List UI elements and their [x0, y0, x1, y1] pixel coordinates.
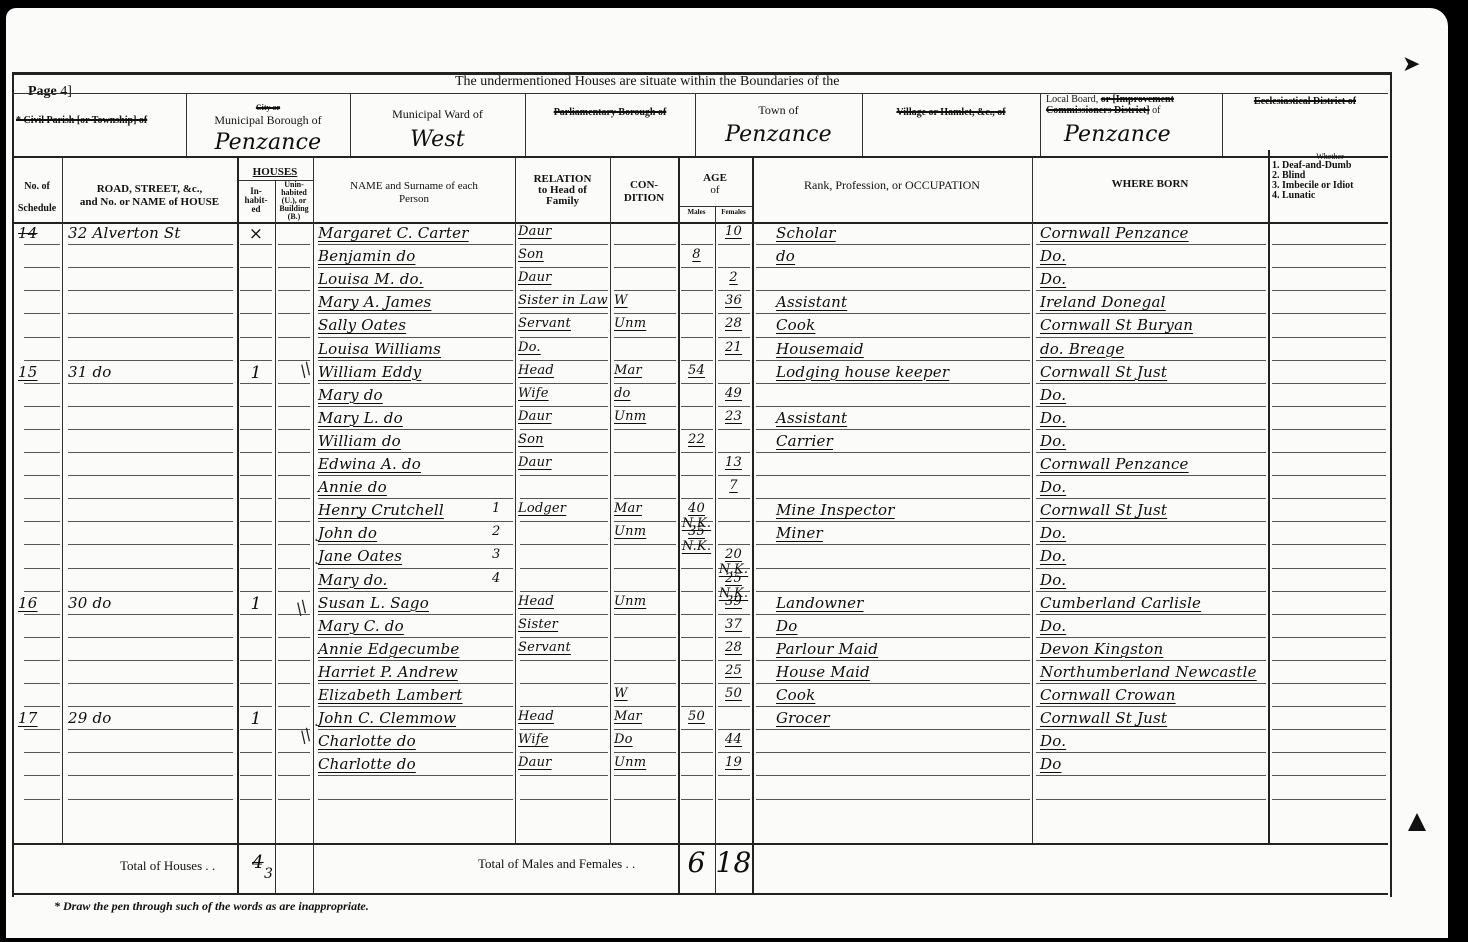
col-header-condition: CON- DITION [610, 179, 678, 205]
cell-condition [614, 802, 676, 823]
row-rule [1272, 244, 1386, 245]
row-rule [278, 568, 310, 569]
cell-name: William do [318, 432, 493, 453]
row-rule [278, 475, 310, 476]
cell-male-age: 40 N.K. [678, 501, 715, 522]
row-rule [278, 452, 310, 453]
cell-road [68, 663, 233, 684]
table-row: Charlotte do Daur Unm 19 Do [0, 754, 1468, 775]
cell-relation [518, 802, 608, 823]
cell-name: Harriet P. Andrew [318, 663, 493, 684]
col-header-houses: HOUSES [237, 166, 313, 178]
cell-lodger-marker [492, 732, 512, 753]
table-row: Benjamin do Son 8 do Do. [0, 246, 1468, 267]
cell-where-born: Do. [1040, 478, 1266, 499]
row-rule [1272, 429, 1386, 430]
row-rule [1272, 568, 1386, 569]
boundary-ward-value: West [350, 127, 525, 152]
cell-inhabited [237, 293, 275, 314]
cell-schedule: 17 [18, 709, 62, 730]
cell-female-age: 10 [715, 224, 752, 245]
cell-female-age: 28 [715, 640, 752, 661]
cell-female-age: 13 [715, 455, 752, 476]
row-rule [1272, 614, 1386, 615]
row-rule [278, 660, 310, 661]
cell-male-age [678, 478, 715, 499]
age-line: of [678, 184, 752, 196]
col-header-road-1: ROAD, STREET, &c., [62, 183, 237, 195]
cell-male-age [678, 732, 715, 753]
cell-schedule [18, 409, 62, 430]
cell-inhabited [237, 432, 275, 453]
row-rule [278, 406, 310, 407]
table-row: Edwina A. do Daur 13 Cornwall Penzance [0, 454, 1468, 475]
col-header-schedule-2: Schedule [12, 204, 62, 214]
cell-road [68, 617, 233, 638]
cell-female-age: 7 [715, 478, 752, 499]
cell-where-born: Do. [1040, 432, 1266, 453]
cell-name: Edwina A. do [318, 455, 493, 476]
cell-relation: Head [518, 363, 608, 384]
relation-line: Family [515, 196, 610, 207]
table-row: Jane Oates 3 20 N.K. Do. [0, 546, 1468, 567]
cell-condition: Mar [614, 709, 676, 730]
cell-schedule [18, 455, 62, 476]
cell-female-age: 2 [715, 270, 752, 291]
row-rule [278, 706, 310, 707]
boundary-borough-value: Penzance [186, 130, 350, 155]
cell-inhabited: 1 [237, 709, 275, 730]
cell-female-age [715, 802, 752, 823]
row-rule [278, 521, 310, 522]
cell-inhabited [237, 686, 275, 707]
boundary-town-value: Penzance [695, 122, 862, 147]
cell-relation [518, 524, 608, 545]
cell-lodger-marker [492, 617, 512, 638]
row-rule [1272, 406, 1386, 407]
cell-lodger-marker: 2 [492, 524, 512, 545]
cell-schedule [18, 686, 62, 707]
cell-name: Jane Oates [318, 547, 493, 568]
cell-occupation: Landowner [776, 594, 1026, 615]
cell-schedule [18, 755, 62, 776]
boundary-local-board-label: Local Board, or [Improvement Commissione… [1046, 94, 1216, 116]
cell-relation: Lodger [518, 501, 608, 522]
table-row: Mary do Wife do 49 Do. [0, 385, 1468, 406]
cell-name: Mary C. do [318, 617, 493, 638]
cell-where-born: Cornwall St Just [1040, 709, 1266, 730]
cell-where-born: Northumberland Newcastle [1040, 663, 1266, 684]
cell-occupation [776, 571, 1026, 592]
cell-male-age: 35 N.K. [678, 524, 715, 545]
cell-name: Mary L. do [318, 409, 493, 430]
condition-line: DITION [610, 192, 678, 205]
col-header-males: Males [678, 208, 715, 216]
cell-condition [614, 640, 676, 661]
cell-lodger-marker [492, 455, 512, 476]
table-row: Mary L. do Daur Unm 23 Assistant Do. [0, 408, 1468, 429]
cell-relation: Daur [518, 270, 608, 291]
total-males-value: 6 [678, 846, 715, 879]
cell-inhabited [237, 617, 275, 638]
cell-name: Charlotte do [318, 732, 493, 753]
cell-female-age: 44 [715, 732, 752, 753]
table-row: Louisa M. do. Daur 2 Do. [0, 269, 1468, 290]
row-rule [1272, 544, 1386, 545]
cell-lodger-marker [492, 594, 512, 615]
cell-lodger-marker: 4 [492, 571, 512, 592]
boundary-ward-label: Municipal Ward of [350, 107, 525, 122]
cell-lodger-marker [492, 386, 512, 407]
cell-male-age [678, 340, 715, 361]
cell-occupation [776, 755, 1026, 776]
cell-where-born [1040, 778, 1266, 799]
divider [862, 93, 863, 156]
cell-lodger-marker [492, 778, 512, 799]
cell-name: Benjamin do [318, 247, 493, 268]
table-row: Sally Oates Servant Unm 28 Cook Cornwall… [0, 315, 1468, 336]
cell-condition [614, 478, 676, 499]
cell-relation: Head [518, 594, 608, 615]
page-title: The undermentioned Houses are situate wi… [455, 74, 840, 90]
boundary-borough-label: Municipal Borough of [186, 113, 350, 128]
cell-male-age [678, 802, 715, 823]
row-rule [1272, 683, 1386, 684]
cell-occupation: Assistant [776, 409, 1026, 430]
row-rule [1272, 660, 1386, 661]
cell-relation: Wife [518, 732, 608, 753]
cell-schedule [18, 663, 62, 684]
cell-relation: Head [518, 709, 608, 730]
cell-where-born: Do. [1040, 547, 1266, 568]
cell-where-born: Do. [1040, 270, 1266, 291]
cell-lodger-marker [492, 478, 512, 499]
cell-male-age [678, 571, 715, 592]
row-rule [278, 799, 310, 800]
cell-female-age: 36 [715, 293, 752, 314]
cell-condition [614, 778, 676, 799]
cell-inhabited [237, 640, 275, 661]
boundary-village-label: Village or Hamlet, &c., of [862, 108, 1040, 118]
row-rule [1272, 383, 1386, 384]
cell-female-age [715, 524, 752, 545]
table-row: Annie Edgecumbe Servant 28 Parlour Maid … [0, 639, 1468, 660]
cell-name: William Eddy [318, 363, 493, 384]
cell-relation [518, 778, 608, 799]
table-row: 14 32 Alverton St × Margaret C. Carter D… [0, 223, 1468, 244]
table-row: Mary A. James Sister in Law W 36 Assista… [0, 292, 1468, 313]
cell-relation: Do. [518, 340, 608, 361]
cell-relation: Daur [518, 409, 608, 430]
cell-name [318, 802, 493, 823]
row-rule [278, 683, 310, 684]
cell-name: Louisa M. do. [318, 270, 493, 291]
cell-relation: Servant [518, 640, 608, 661]
cell-where-born: do. Breage [1040, 340, 1266, 361]
table-row: 15 31 do 1 William Eddy Head Mar 54 Lodg… [0, 362, 1468, 383]
cell-male-age: 50 [678, 709, 715, 730]
cell-road [68, 293, 233, 314]
cell-occupation: Scholar [776, 224, 1026, 245]
cell-where-born: Cumberland Carlisle [1040, 594, 1266, 615]
row-rule [1272, 267, 1386, 268]
cell-male-age [678, 640, 715, 661]
total-houses-struck-value: 4 [252, 852, 264, 873]
row-rule [1272, 799, 1386, 800]
col-header-females: Females [715, 208, 752, 216]
cell-condition [614, 571, 676, 592]
cell-inhabited [237, 455, 275, 476]
cell-schedule: 15 [18, 363, 62, 384]
cell-road [68, 316, 233, 337]
cell-schedule [18, 478, 62, 499]
cell-road [68, 478, 233, 499]
cell-lodger-marker [492, 363, 512, 384]
cell-inhabited [237, 247, 275, 268]
col-header-schedule-1: No. of [12, 182, 62, 192]
cell-schedule [18, 270, 62, 291]
cell-female-age [715, 778, 752, 799]
cell-inhabited: 1 [237, 363, 275, 384]
cell-female-age: 23 [715, 409, 752, 430]
cell-where-born: Cornwall St Just [1040, 501, 1266, 522]
cell-inhabited [237, 478, 275, 499]
cell-condition [614, 663, 676, 684]
cell-occupation: do [776, 247, 1026, 268]
col-header-inhabited: In- habit- ed [237, 187, 275, 214]
cell-name: Louisa Williams [318, 340, 493, 361]
cell-road [68, 270, 233, 291]
cell-schedule [18, 501, 62, 522]
boundary-parliamentary-label: Parliamentary Borough of [525, 108, 695, 118]
row-rule [278, 752, 310, 753]
age-line: AGE [678, 172, 752, 184]
row-rule [1272, 706, 1386, 707]
cell-name: Mary do. [318, 571, 493, 592]
table-row: 17 29 do 1 John C. Clemmow Head Mar 50 G… [0, 708, 1468, 729]
cell-name: Margaret C. Carter [318, 224, 493, 245]
cell-relation: Sister [518, 617, 608, 638]
cell-lodger-marker [492, 270, 512, 291]
cell-lodger-marker: 3 [492, 547, 512, 568]
cell-condition: Unm [614, 316, 676, 337]
cell-lodger-marker [492, 640, 512, 661]
row-rule [278, 637, 310, 638]
cell-name: Henry Crutchell [318, 501, 493, 522]
cell-road [68, 340, 233, 361]
cell-name [318, 778, 493, 799]
cell-where-born: Do. [1040, 409, 1266, 430]
cell-schedule [18, 802, 62, 823]
col-header-name-1: NAME and Surname of each [313, 180, 515, 192]
inhabited-line: ed [237, 205, 275, 214]
cell-lodger-marker [492, 802, 512, 823]
row-rule [1272, 591, 1386, 592]
cell-lodger-marker: 1 [492, 501, 512, 522]
row-rule [278, 383, 310, 384]
cell-lodger-marker [492, 755, 512, 776]
divider [525, 93, 526, 156]
table-row: Harriet P. Andrew 25 House Maid Northumb… [0, 662, 1468, 683]
cell-road: 32 Alverton St [68, 224, 233, 245]
cell-road: 30 do [68, 594, 233, 615]
cell-occupation: Lodging house keeper [776, 363, 1026, 384]
cell-female-age: 49 [715, 386, 752, 407]
cell-road [68, 732, 233, 753]
cell-where-born: Do. [1040, 617, 1266, 638]
cell-where-born: Do. [1040, 524, 1266, 545]
cell-female-age: 25 [715, 663, 752, 684]
cell-inhabited [237, 409, 275, 430]
row-rule [1272, 637, 1386, 638]
cell-male-age [678, 270, 715, 291]
cell-lodger-marker [492, 247, 512, 268]
row-rule [1272, 475, 1386, 476]
table-row: Annie do 7 Do. [0, 477, 1468, 498]
cell-relation: Son [518, 432, 608, 453]
cell-condition: do [614, 386, 676, 407]
cell-inhabited [237, 501, 275, 522]
cell-occupation: Grocer [776, 709, 1026, 730]
cell-condition [614, 547, 676, 568]
cell-relation [518, 663, 608, 684]
table-row: William do Son 22 Carrier Do. [0, 431, 1468, 452]
row-rule [278, 337, 310, 338]
table-row: Mary C. do Sister 37 Do Do. [0, 616, 1468, 637]
divider [1040, 93, 1041, 156]
cell-road [68, 501, 233, 522]
row-rule [278, 267, 310, 268]
col-header-where-born: WHERE BORN [1032, 178, 1268, 190]
cell-inhabited [237, 663, 275, 684]
col-header-infirmity: Whether 1. Deaf-and-Dumb 2. Blind 3. Imb… [1272, 152, 1388, 201]
cell-inhabited [237, 755, 275, 776]
cell-where-born: Do. [1040, 386, 1266, 407]
cell-lodger-marker [492, 432, 512, 453]
col-header-road-2: and No. or NAME of HOUSE [62, 196, 237, 208]
cell-occupation [776, 478, 1026, 499]
cell-female-age: 28 [715, 316, 752, 337]
cell-lodger-marker [492, 224, 512, 245]
cell-schedule [18, 571, 62, 592]
cell-condition [614, 340, 676, 361]
boundary-civil-parish-label: * Civil Parish [or Township] of [16, 116, 147, 126]
cell-male-age [678, 617, 715, 638]
cell-occupation [776, 455, 1026, 476]
cell-road [68, 547, 233, 568]
row-rule [1272, 290, 1386, 291]
cell-inhabited [237, 571, 275, 592]
cell-occupation [776, 802, 1026, 823]
cell-lodger-marker [492, 293, 512, 314]
cell-where-born: Cornwall St Just [1040, 363, 1266, 384]
cell-occupation: Do [776, 617, 1026, 638]
cell-condition: Unm [614, 409, 676, 430]
cell-inhabited [237, 547, 275, 568]
cell-name: Susan L. Sago [318, 594, 493, 615]
cell-condition [614, 224, 676, 245]
infirmity-line: 4. Lunatic [1272, 191, 1388, 201]
col-header-relation: RELATION to Head of Family [515, 174, 610, 207]
cell-condition [614, 432, 676, 453]
page-bracket: ] [67, 84, 72, 99]
local-board-prefix: Local Board, [1046, 94, 1098, 105]
table-row: John do 2 Unm 35 N.K. Miner Do. [0, 523, 1468, 544]
col-header-occupation: Rank, Profession, or OCCUPATION [752, 178, 1032, 193]
cell-relation: Wife [518, 386, 608, 407]
cell-relation [518, 571, 608, 592]
row-rule [278, 591, 310, 592]
row-rule [1272, 729, 1386, 730]
table-row: Louisa Williams Do. 21 Housemaid do. Bre… [0, 339, 1468, 360]
cell-occupation [776, 547, 1026, 568]
cell-female-age: 25 N.K. [715, 571, 752, 592]
row-rule [278, 544, 310, 545]
local-board-suffix: of [1152, 105, 1160, 116]
cell-relation: Daur [518, 755, 608, 776]
cell-male-age [678, 293, 715, 314]
col-header-name-2: Person [313, 193, 515, 205]
cell-occupation: Housemaid [776, 340, 1026, 361]
cell-male-age: 22 [678, 432, 715, 453]
cell-occupation: Assistant [776, 293, 1026, 314]
row-rule [1272, 498, 1386, 499]
cell-condition [614, 270, 676, 291]
cell-where-born: Do [1040, 755, 1266, 776]
cell-female-age [715, 363, 752, 384]
cell-road [68, 432, 233, 453]
cell-occupation: Carrier [776, 432, 1026, 453]
cell-schedule [18, 524, 62, 545]
cell-lodger-marker [492, 340, 512, 361]
cell-condition: Unm [614, 524, 676, 545]
row-rule [1272, 452, 1386, 453]
cell-where-born: Cornwall Crowan [1040, 686, 1266, 707]
cell-schedule [18, 640, 62, 661]
cell-female-age: 21 [715, 340, 752, 361]
cell-name: John do [318, 524, 493, 545]
cell-female-age [715, 709, 752, 730]
cell-road [68, 386, 233, 407]
cell-schedule [18, 340, 62, 361]
cell-relation: Sister in Law [518, 293, 608, 314]
cell-relation: Daur [518, 224, 608, 245]
uninhabited-line: (B.) [275, 213, 313, 221]
cell-inhabited: 1 [237, 594, 275, 615]
table-row: Henry Crutchell 1 Lodger Mar 40 N.K. Min… [0, 500, 1468, 521]
cell-condition: Unm [614, 594, 676, 615]
cell-male-age [678, 663, 715, 684]
col-header-uninhabited: Unin- habited (U.), or Building (B.) [275, 181, 313, 221]
cell-where-born: Cornwall Penzance [1040, 455, 1266, 476]
cell-occupation [776, 732, 1026, 753]
row-rule [278, 313, 310, 314]
cell-female-age: 19 [715, 755, 752, 776]
cell-female-age: 20 N.K. [715, 547, 752, 568]
cell-occupation [776, 270, 1026, 291]
cell-lodger-marker [492, 316, 512, 337]
table-row [0, 777, 1468, 798]
row-rule [1272, 521, 1386, 522]
cell-where-born: Do. [1040, 247, 1266, 268]
boundary-local-board-value: Penzance [1064, 122, 1171, 147]
cell-relation: Son [518, 247, 608, 268]
cell-male-age [678, 594, 715, 615]
cell-lodger-marker [492, 663, 512, 684]
cell-schedule [18, 247, 62, 268]
total-persons-label: Total of Males and Females . . [478, 856, 635, 872]
table-row: Mary do. 4 25 N.K. Do. [0, 570, 1468, 591]
